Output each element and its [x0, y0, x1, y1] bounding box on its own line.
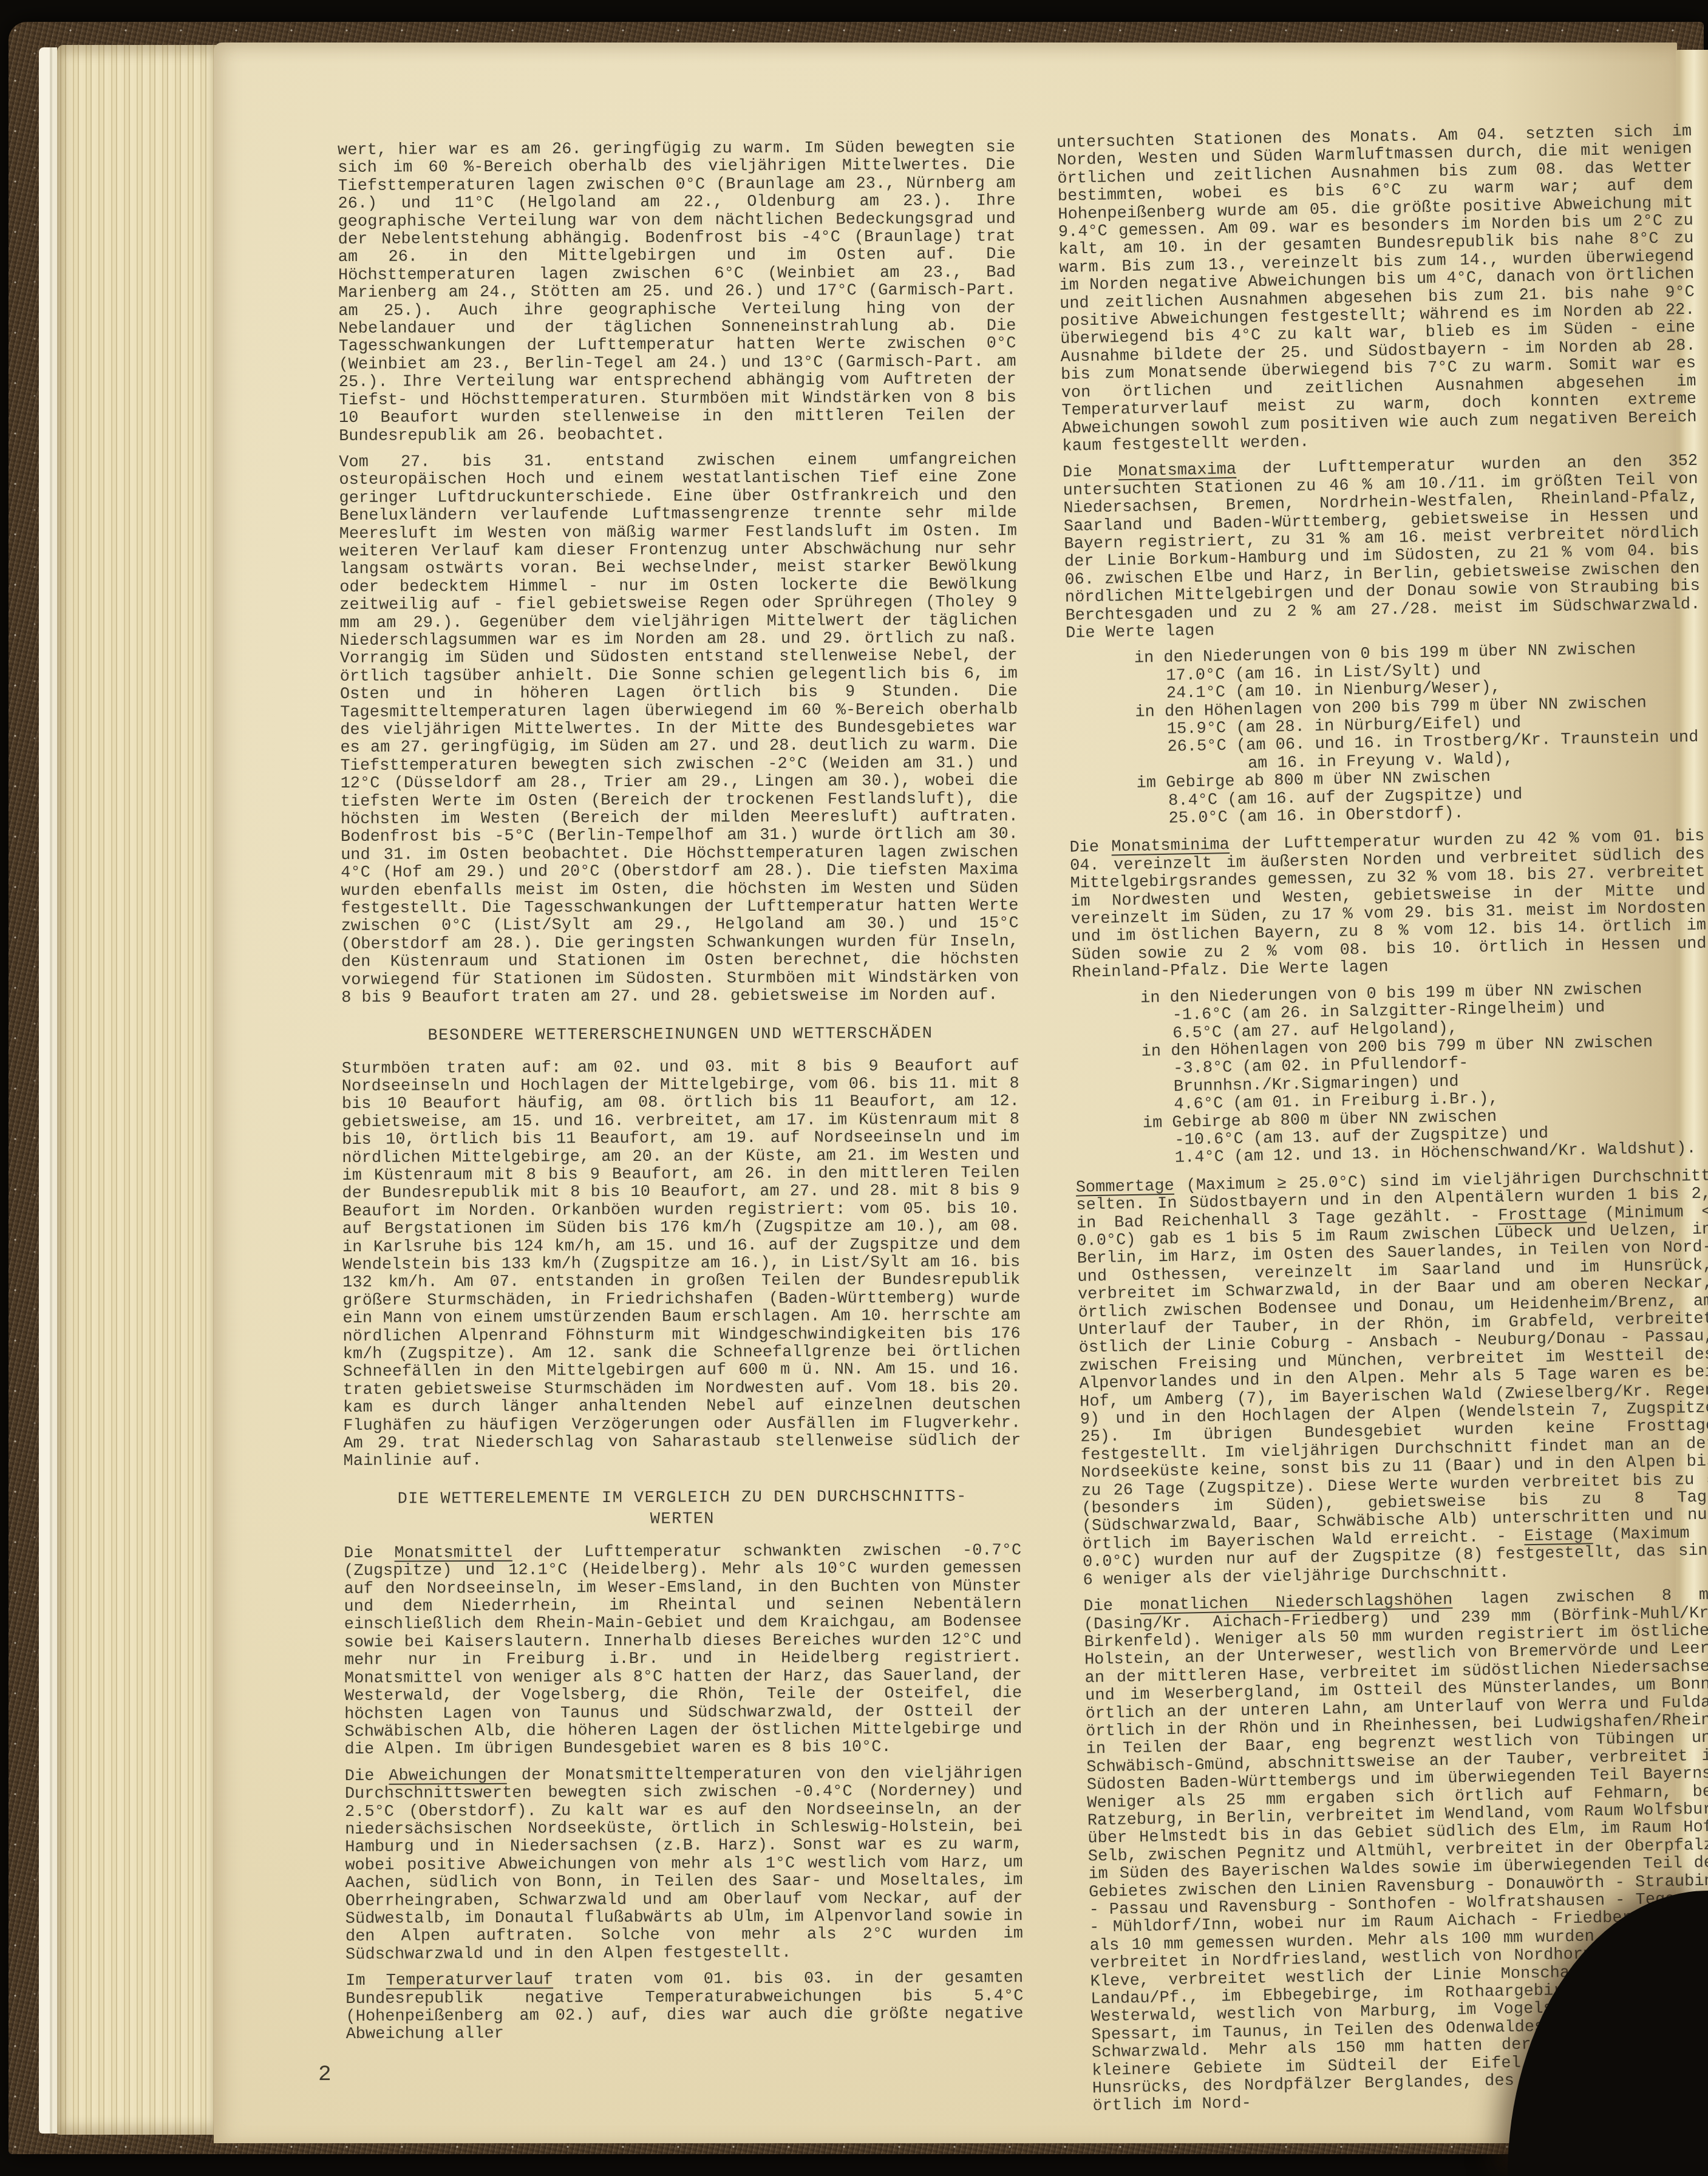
- paragraph: Die Monatsminima der Lufttemperatur wurd…: [1069, 828, 1707, 982]
- underlined-term: Monatsminima: [1111, 836, 1230, 857]
- text-run: Die: [1063, 463, 1118, 483]
- underlined-term: Temperaturverlauf: [386, 1971, 554, 1990]
- paragraph: wert, hier war es am 26. geringfügig zu …: [338, 139, 1016, 446]
- text-run: Die: [345, 1767, 389, 1785]
- paragraph: Die Abweichungen der Monatsmitteltempera…: [345, 1765, 1023, 1964]
- paragraph: untersuchten Stationen des Monats. Am 04…: [1056, 123, 1698, 456]
- text-run: (Minimum < 0.0°C) gab es 1 bis 5 im Raum…: [1077, 1203, 1708, 1554]
- underlined-term: Abweichungen: [389, 1767, 507, 1786]
- underlined-term: Monatsmittel: [394, 1544, 512, 1563]
- paragraph: Sommertage (Maximum ≥ 25.0°C) sind im vi…: [1076, 1168, 1708, 1589]
- underlined-term: Sommertage: [1076, 1177, 1175, 1197]
- page-edge-stack: [57, 45, 216, 2135]
- underlined-term: Frosttage: [1498, 1205, 1587, 1225]
- paragraph: Vom 27. bis 31. entstand zwischen einem …: [339, 451, 1019, 1007]
- text-run: untersuchten Stationen des Monats. Am 04…: [1056, 123, 1697, 456]
- text-run: Die: [1069, 838, 1111, 857]
- text-run: der Monatsmitteltemperaturen von den vie…: [345, 1764, 1023, 1964]
- text-run: der Lufttemperatur schwankten zwischen -…: [344, 1542, 1022, 1759]
- paragraph: Sturmböen traten auf: am 02. und 03. mit…: [342, 1058, 1021, 1471]
- text-run: wert, hier war es am 26. geringfügig zu …: [338, 138, 1016, 445]
- text-run: Sturmböen traten auf: am 02. und 03. mit…: [342, 1057, 1021, 1471]
- paragraph: Die Monatsmittel der Lufttemperatur schw…: [344, 1542, 1022, 1759]
- section-heading: BESONDERE WETTERERSCHEINUNGEN UND WETTER…: [341, 1023, 1019, 1047]
- underlined-term: Monatsmaxima: [1118, 461, 1236, 481]
- text-run: Die: [1083, 1597, 1140, 1616]
- page-number: 2: [318, 2062, 332, 2087]
- scanned-book-photo: 2 wert, hier war es am 26. geringfügig z…: [0, 0, 1708, 2176]
- text-run: Im: [345, 1972, 386, 1990]
- text-run: Die: [344, 1544, 395, 1562]
- text-run: Vom 27. bis 31. entstand zwischen einem …: [339, 450, 1019, 1007]
- text-run: der Lufttemperatur wurden an den 352 unt…: [1063, 452, 1700, 643]
- paragraph: Im Temperaturverlauf traten vom 01. bis …: [345, 1970, 1024, 2044]
- endpaper-edge: [39, 47, 57, 2133]
- section-heading: DIE WETTERELEMENTE IM VERGLEICH ZU DEN D…: [344, 1486, 1021, 1532]
- value-list: in den Niederungen von 0 bis 199 m über …: [1072, 979, 1708, 1169]
- right-column: untersuchten Stationen des Monats. Am 04…: [1056, 123, 1708, 2124]
- left-column: wert, hier war es am 26. geringfügig zu …: [338, 139, 1024, 2053]
- underlined-term: Eistage: [1524, 1526, 1593, 1546]
- paragraph: Die Monatsmaxima der Lufttemperatur wurd…: [1063, 453, 1701, 643]
- value-list: in den Niederungen von 0 bis 199 m über …: [1066, 640, 1704, 830]
